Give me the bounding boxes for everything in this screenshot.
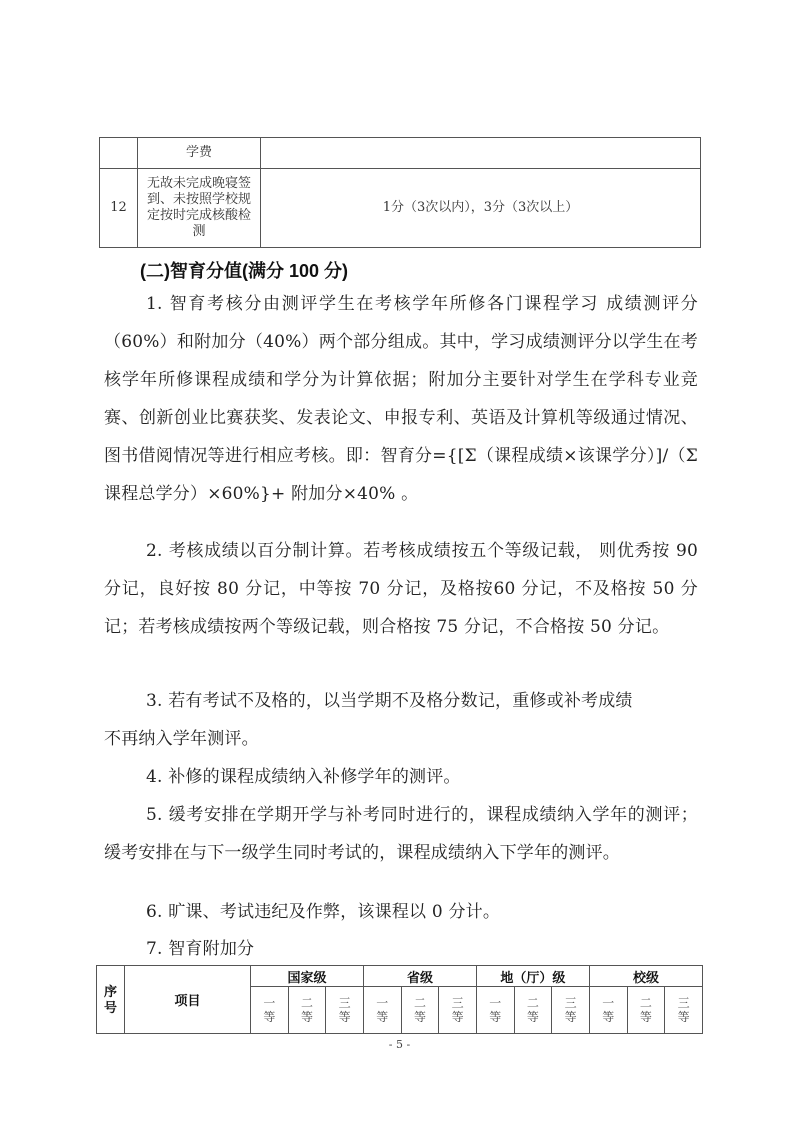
header-level-national: 国家级 [251,966,364,987]
row-number [100,138,138,169]
paragraph-1: 1. 智育考核分由测评学生在考核学年所修各门课程学习 成绩测评分（60%）和附加… [104,285,698,513]
header-level-school: 校级 [589,966,702,987]
grade-third: 三等 [439,987,477,1034]
grade-first: 一等 [363,987,401,1034]
paragraph-text: 3. 若有考试不及格的，以当学期不及格分数记，重修或补考成绩 [146,691,633,711]
page-number: - 5 - [0,1038,799,1051]
table-row: 12 无故未完成晚寝签到、未按照学校规定按时完成核酸检测 1分（3次以内），3分… [100,169,701,248]
grade-second: 二等 [401,987,439,1034]
grade-third: 三等 [552,987,590,1034]
row-value [261,138,701,169]
bonus-points-table: 序号 项目 国家级 省级 地（厅）级 校级 一等 二等 三等 一等 二等 三等 … [96,965,703,1034]
header-item: 项目 [125,966,251,1034]
paragraph-2: 2. 考核成绩以百分制计算。若考核成绩按五个等级记载， 则优秀按 90 分记，良… [104,532,698,646]
table-header-row: 序号 项目 国家级 省级 地（厅）级 校级 [97,966,703,987]
paragraph-text: 不再纳入学年测评。 [104,729,259,749]
row-item: 无故未完成晚寝签到、未按照学校规定按时完成核酸检测 [138,169,261,248]
paragraph-7: 7. 智育附加分 [104,930,698,968]
discipline-deduction-table: 学费 12 无故未完成晚寝签到、未按照学校规定按时完成核酸检测 1分（3次以内）… [99,137,701,248]
paragraph-text: 2. 考核成绩以百分制计算。若考核成绩按五个等级记载， 则优秀按 90 分记，良… [104,541,698,637]
paragraph-text: 4. 补修的课程成绩纳入补修学年的测评。 [146,767,461,787]
grade-first: 一等 [251,987,289,1034]
grade-first: 一等 [589,987,627,1034]
grade-third: 三等 [326,987,364,1034]
table-row: 学费 [100,138,701,169]
grade-second: 二等 [514,987,552,1034]
grade-second: 二等 [288,987,326,1034]
grade-second: 二等 [627,987,665,1034]
section-heading: (二)智育分值(满分 100 分) [140,257,348,283]
paragraph-3: 3. 若有考试不及格的，以当学期不及格分数记，重修或补考成绩不再纳入学年测评。 [104,682,698,758]
paragraph-5: 5. 缓考安排在学期开学与补考同时进行的，课程成绩纳入学年的测评；缓考安排在与下… [104,796,698,872]
paragraph-text: 1. 智育考核分由测评学生在考核学年所修各门课程学习 成绩测评分（60%）和附加… [104,294,698,504]
paragraph-text: 6. 旷课、考试违纪及作弊，该课程以 0 分计。 [146,902,500,922]
row-number: 12 [100,169,138,248]
paragraph-6: 6. 旷课、考试违纪及作弊，该课程以 0 分计。 [104,893,698,931]
grade-third: 三等 [665,987,703,1034]
row-item: 学费 [138,138,261,169]
header-number: 序号 [97,966,125,1034]
paragraph-4: 4. 补修的课程成绩纳入补修学年的测评。 [104,758,698,796]
grade-first: 一等 [476,987,514,1034]
header-level-provincial: 省级 [363,966,476,987]
paragraph-text: 5. 缓考安排在学期开学与补考同时进行的，课程成绩纳入学年的测评；缓考安排在与下… [104,805,698,863]
header-level-municipal: 地（厅）级 [476,966,589,987]
paragraph-text: 7. 智育附加分 [146,939,254,959]
row-value: 1分（3次以内），3分（3次以上） [261,169,701,248]
